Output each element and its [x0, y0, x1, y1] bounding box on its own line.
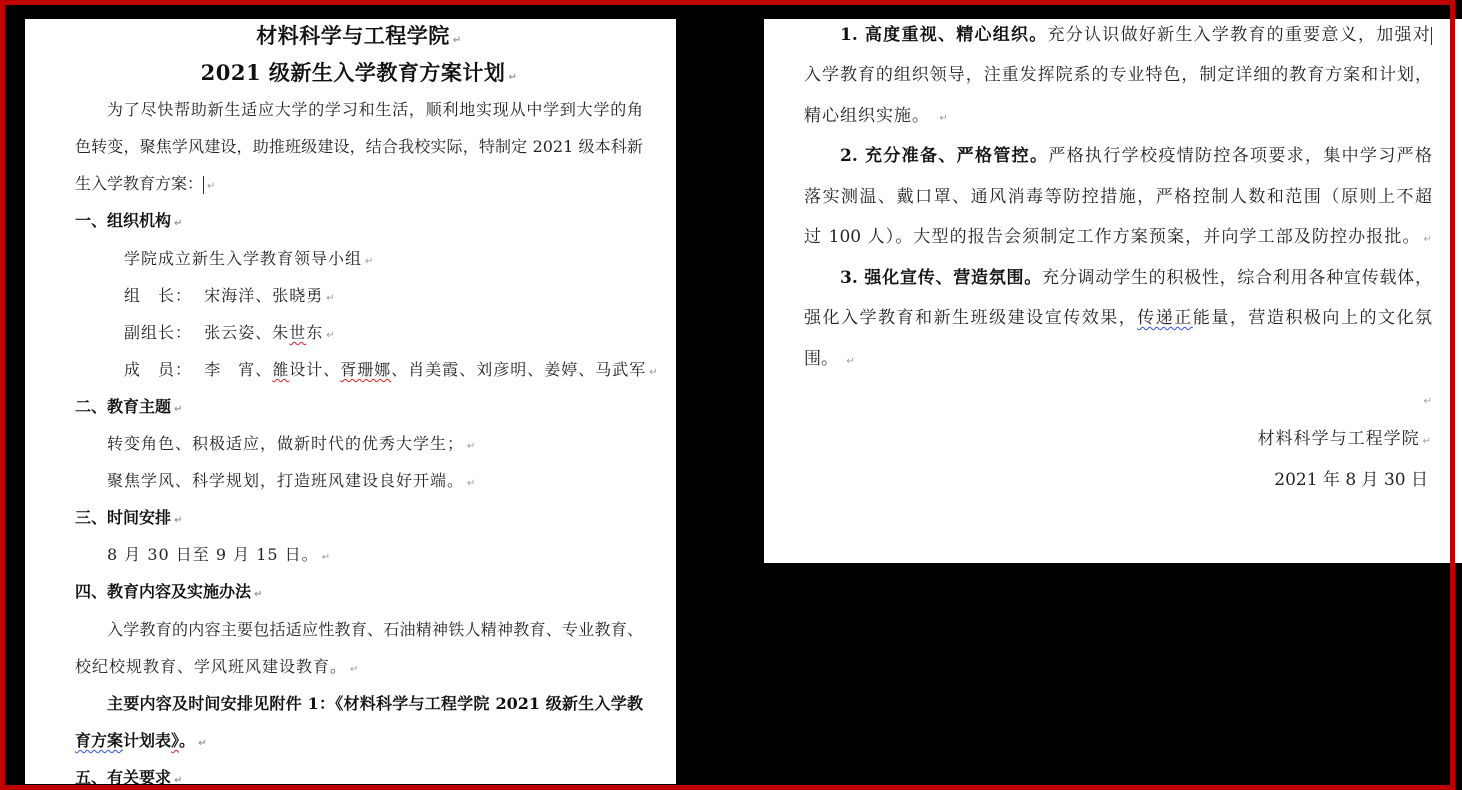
intro-line: 为了尽快帮助新生适应大学的学习和生活，顺利地实现从中学到大学的角 [75, 91, 643, 128]
deputy-label: 副组长： [124, 323, 192, 342]
members-label: 成 员： [124, 360, 192, 379]
intro-line: 生入学教育方案：↵ [75, 165, 643, 202]
body-line: 校纪校规教育、学风班风建设教育。↵ [75, 648, 643, 685]
section-heading: 一、组织机构↵ [75, 202, 643, 239]
body-line: 过 100 人）。大型的报告会须制定工作方案预案，并向学工部及防控办报批。↵ [804, 217, 1432, 257]
body-line: 8 月 30 日至 9 月 15 日。↵ [75, 536, 643, 573]
requirement-lead: 1. 高度重视、精心组织。 [840, 25, 1048, 45]
list-item: 组 长： 宋海洋、张晓勇↵ [75, 277, 643, 314]
paragraph-mark-icon: ↵ [174, 515, 182, 526]
signature: 材料科学与工程学院↵ [804, 419, 1432, 459]
paragraph-mark-icon: ↵ [508, 72, 517, 83]
page-body[interactable]: 1. 高度重视、精心组织。充分认识做好新生入学教育的重要意义，加强对 入学教育的… [804, 19, 1432, 500]
text-cursor [203, 176, 204, 194]
paragraph-mark-icon: ↵ [322, 552, 331, 563]
document-page-right[interactable]: 1. 高度重视、精心组织。充分认识做好新生入学教育的重要意义，加强对 入学教育的… [764, 19, 1462, 563]
paragraph-mark-icon: ↵ [467, 441, 476, 452]
grammar-flag[interactable]: 育方案 [75, 731, 123, 750]
body-line: 落实测温、戴口罩、通风消毒等防控措施，严格控制人数和范围（原则上不超 [804, 177, 1432, 217]
requirement-item-1: 1. 高度重视、精心组织。充分认识做好新生入学教育的重要意义，加强对 [804, 19, 1432, 55]
paragraph-mark-icon: ↵ [326, 293, 335, 304]
paragraph-mark-icon: ↵ [174, 404, 182, 415]
text-cursor [1431, 27, 1432, 45]
requirement-lead: 3. 强化宣传、营造氛围。 [840, 268, 1042, 288]
body-line: 聚焦学风、科学规划，打造班风建设良好开端。↵ [75, 462, 643, 499]
paragraph-mark-icon: ↵ [467, 478, 476, 489]
spelling-flag[interactable]: 世 [289, 323, 306, 342]
leader-label: 组 长： [124, 286, 192, 305]
body-line: 精心组织实施。 ↵ [804, 96, 1432, 136]
paragraph-mark-icon: ↵ [350, 664, 359, 675]
paragraph-mark-icon: ↵ [1423, 436, 1432, 447]
requirement-item-3: 3. 强化宣传、营造氛围。充分调动学生的积极性，综合利用各种宣传载体， [804, 258, 1432, 298]
blank-line: ↵ [804, 379, 1432, 419]
document-page-left[interactable]: 材料科学与工程学院↵ 2021 级新生入学教育方案计划↵ 为了尽快帮助新生适应大… [25, 19, 676, 784]
page-body[interactable]: 材料科学与工程学院↵ 2021 级新生入学教育方案计划↵ 为了尽快帮助新生适应大… [75, 19, 643, 784]
intro-line: 色转变，聚焦学风建设，助推班级建设，结合我校实际，特制定 2021 级本科新 [75, 128, 643, 165]
body-line-bold: 主要内容及时间安排见附件 1：《材料科学与工程学院 2021 级新生入学教 [75, 685, 643, 722]
paragraph-mark-icon: ↵ [207, 181, 215, 192]
paragraph-mark-icon: ↵ [254, 589, 262, 600]
requirement-item-2: 2. 充分准备、严格管控。严格执行学校疫情防控各项要求，集中学习严格 [804, 136, 1432, 176]
spelling-flag[interactable]: 胥珊娜 [340, 360, 391, 379]
body-line: 入学教育的组织领导，注重发挥院系的专业特色，制定详细的教育方案和计划， [804, 55, 1432, 95]
spelling-flag[interactable]: 雒 [272, 360, 289, 379]
body-line: 围。 ↵ [804, 339, 1432, 379]
section-heading: 四、教育内容及实施办法↵ [75, 573, 643, 610]
signature-date: 2021 年 8 月 30 日 [804, 460, 1432, 500]
body-line-bold: 育方案计划表》。↵ [75, 722, 643, 759]
body-line: 入学教育的内容主要包括适应性教育、石油精神铁人精神教育、专业教育、 [75, 611, 643, 648]
leader-value: 宋海洋、张晓勇 [204, 286, 323, 305]
body-line: 转变角色、积极适应，做新时代的优秀大学生；↵ [75, 425, 643, 462]
paragraph-mark-icon: ↵ [174, 775, 182, 784]
list-item: 副组长： 张云姿、朱世东↵ [75, 314, 643, 351]
doc-subtitle: 2021 级新生入学教育方案计划↵ [75, 54, 643, 91]
grammar-flag[interactable]: 传递正 [1137, 308, 1193, 328]
paragraph-mark-icon: ↵ [326, 330, 335, 341]
paragraph-mark-icon: ↵ [846, 356, 854, 367]
paragraph-mark-icon: ↵ [453, 35, 462, 46]
list-item: 成 员： 李 宵、雒设计、胥珊娜、肖美霞、刘彦明、姜婷、马武军↵ [75, 351, 643, 388]
section-heading: 二、教育主题↵ [75, 388, 643, 425]
paragraph-mark-icon: ↵ [1424, 234, 1432, 245]
section-heading: 三、时间安排↵ [75, 499, 643, 536]
paragraph-mark-icon: ↵ [939, 113, 948, 124]
section-heading: 五、有关要求↵ [75, 759, 643, 784]
paragraph-mark-icon: ↵ [174, 218, 182, 229]
spelling-flag[interactable]: 》 [171, 731, 179, 750]
requirement-lead: 2. 充分准备、严格管控。 [840, 146, 1048, 166]
paragraph-mark-icon: ↵ [198, 738, 206, 749]
paragraph-mark-icon: ↵ [649, 367, 658, 378]
list-item: 学院成立新生入学教育领导小组↵ [75, 240, 643, 277]
doc-title: 材料科学与工程学院↵ [75, 19, 643, 54]
body-line: 强化入学教育和新生班级建设宣传效果，传递正能量，营造积极向上的文化氛 [804, 298, 1432, 338]
paragraph-mark-icon: ↵ [1424, 396, 1432, 407]
paragraph-mark-icon: ↵ [365, 256, 374, 267]
